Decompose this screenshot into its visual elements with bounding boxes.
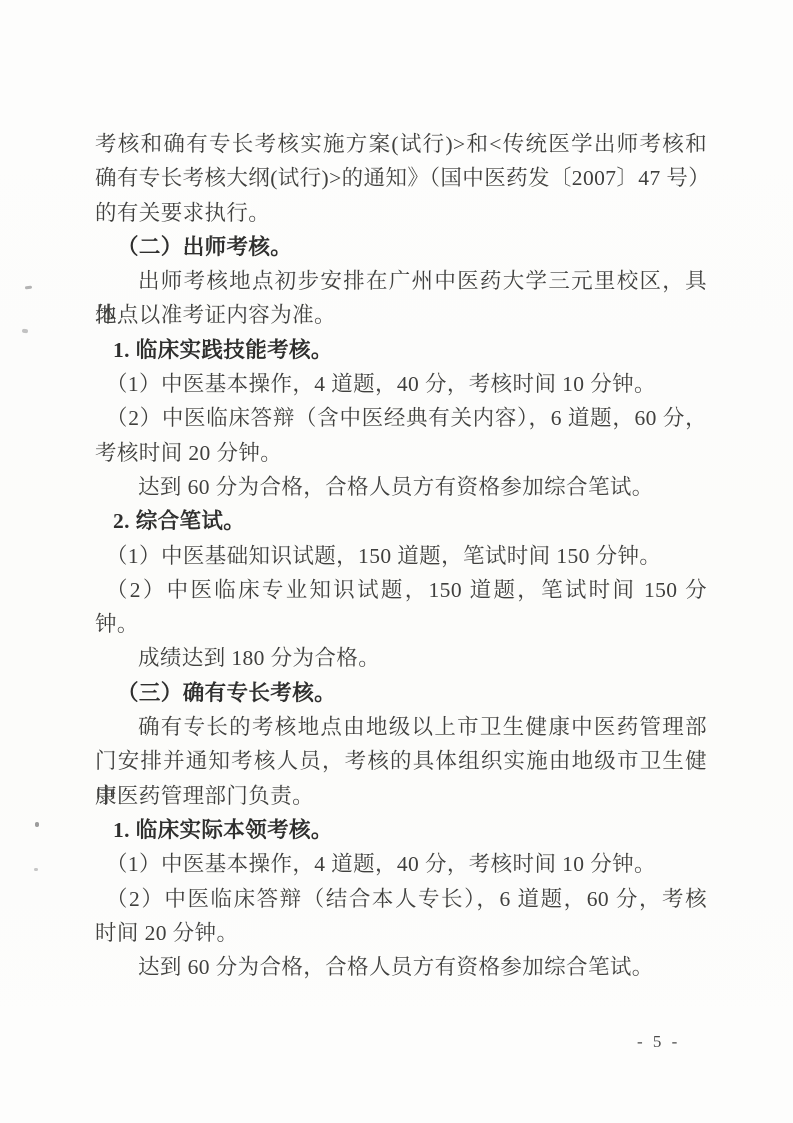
doc-item-line: （1）中医基础知识试题，150 道题，笔试时间 150 分钟。 — [95, 539, 707, 573]
document-page: 考核和确有专长考核实施方案(试行)>和<传统医学出师考核和 确有专长考核大纲(试… — [0, 0, 793, 1123]
doc-paragraph-line: 出师考核地点初步安排在广州中医药大学三元里校区，具体 — [95, 264, 707, 298]
scan-speck — [34, 868, 38, 871]
doc-line-continuation: 考核时间 20 分钟。 — [95, 436, 707, 470]
doc-paragraph-line: 成绩达到 180 分为合格。 — [95, 641, 707, 675]
doc-line-continuation: 时间 20 分钟。 — [95, 916, 707, 950]
section-heading-queyou-zhuanchang: （三）确有专长考核。 — [95, 676, 707, 710]
doc-item-line: （2）中医临床答辩（结合本人专长），6 道题，60 分，考核 — [95, 882, 707, 916]
doc-item-line: （1）中医基本操作，4 道题，40 分，考核时间 10 分钟。 — [95, 847, 707, 881]
doc-line-continuation: 确有专长考核大纲(试行)>的通知》（国中医药发〔2007〕47 号） — [95, 161, 707, 195]
scan-speck — [35, 822, 39, 827]
doc-line-continuation: 的有关要求执行。 — [95, 196, 707, 230]
doc-line-continuation: 地点以准考证内容为准。 — [95, 298, 707, 332]
doc-line-continuation: 门安排并通知考核人员，考核的具体组织实施由地级市卫生健康 — [95, 744, 707, 778]
page-number: - 5 - — [637, 1031, 680, 1053]
scan-speck — [22, 329, 28, 334]
doc-paragraph-line: 确有专长的考核地点由地级以上市卫生健康中医药管理部 — [95, 710, 707, 744]
doc-item-line: （1）中医基本操作，4 道题，40 分，考核时间 10 分钟。 — [95, 367, 707, 401]
subsection-heading-linchuang-shijian: 1. 临床实践技能考核。 — [95, 333, 707, 367]
doc-line-continuation: 中医药管理部门负责。 — [95, 779, 707, 813]
subsection-heading-linchuang-shiji: 1. 临床实际本领考核。 — [95, 813, 707, 847]
doc-line-continuation: 钟。 — [95, 607, 707, 641]
section-heading-chushi-kaohe: （二）出师考核。 — [95, 230, 707, 264]
doc-item-line: （2）中医临床专业知识试题，150 道题，笔试时间 150 分 — [95, 573, 707, 607]
scan-speck — [25, 286, 32, 290]
doc-item-line: （2）中医临床答辩（含中医经典有关内容），6 道题，60 分， — [95, 401, 707, 435]
subsection-heading-zonghe-bishi: 2. 综合笔试。 — [95, 504, 707, 538]
doc-paragraph-line: 达到 60 分为合格，合格人员方有资格参加综合笔试。 — [95, 470, 707, 504]
doc-line-continuation: 考核和确有专长考核实施方案(试行)>和<传统医学出师考核和 — [95, 127, 707, 161]
doc-paragraph-line: 达到 60 分为合格，合格人员方有资格参加综合笔试。 — [95, 950, 707, 984]
document-body: 考核和确有专长考核实施方案(试行)>和<传统医学出师考核和 确有专长考核大纲(试… — [95, 127, 707, 984]
